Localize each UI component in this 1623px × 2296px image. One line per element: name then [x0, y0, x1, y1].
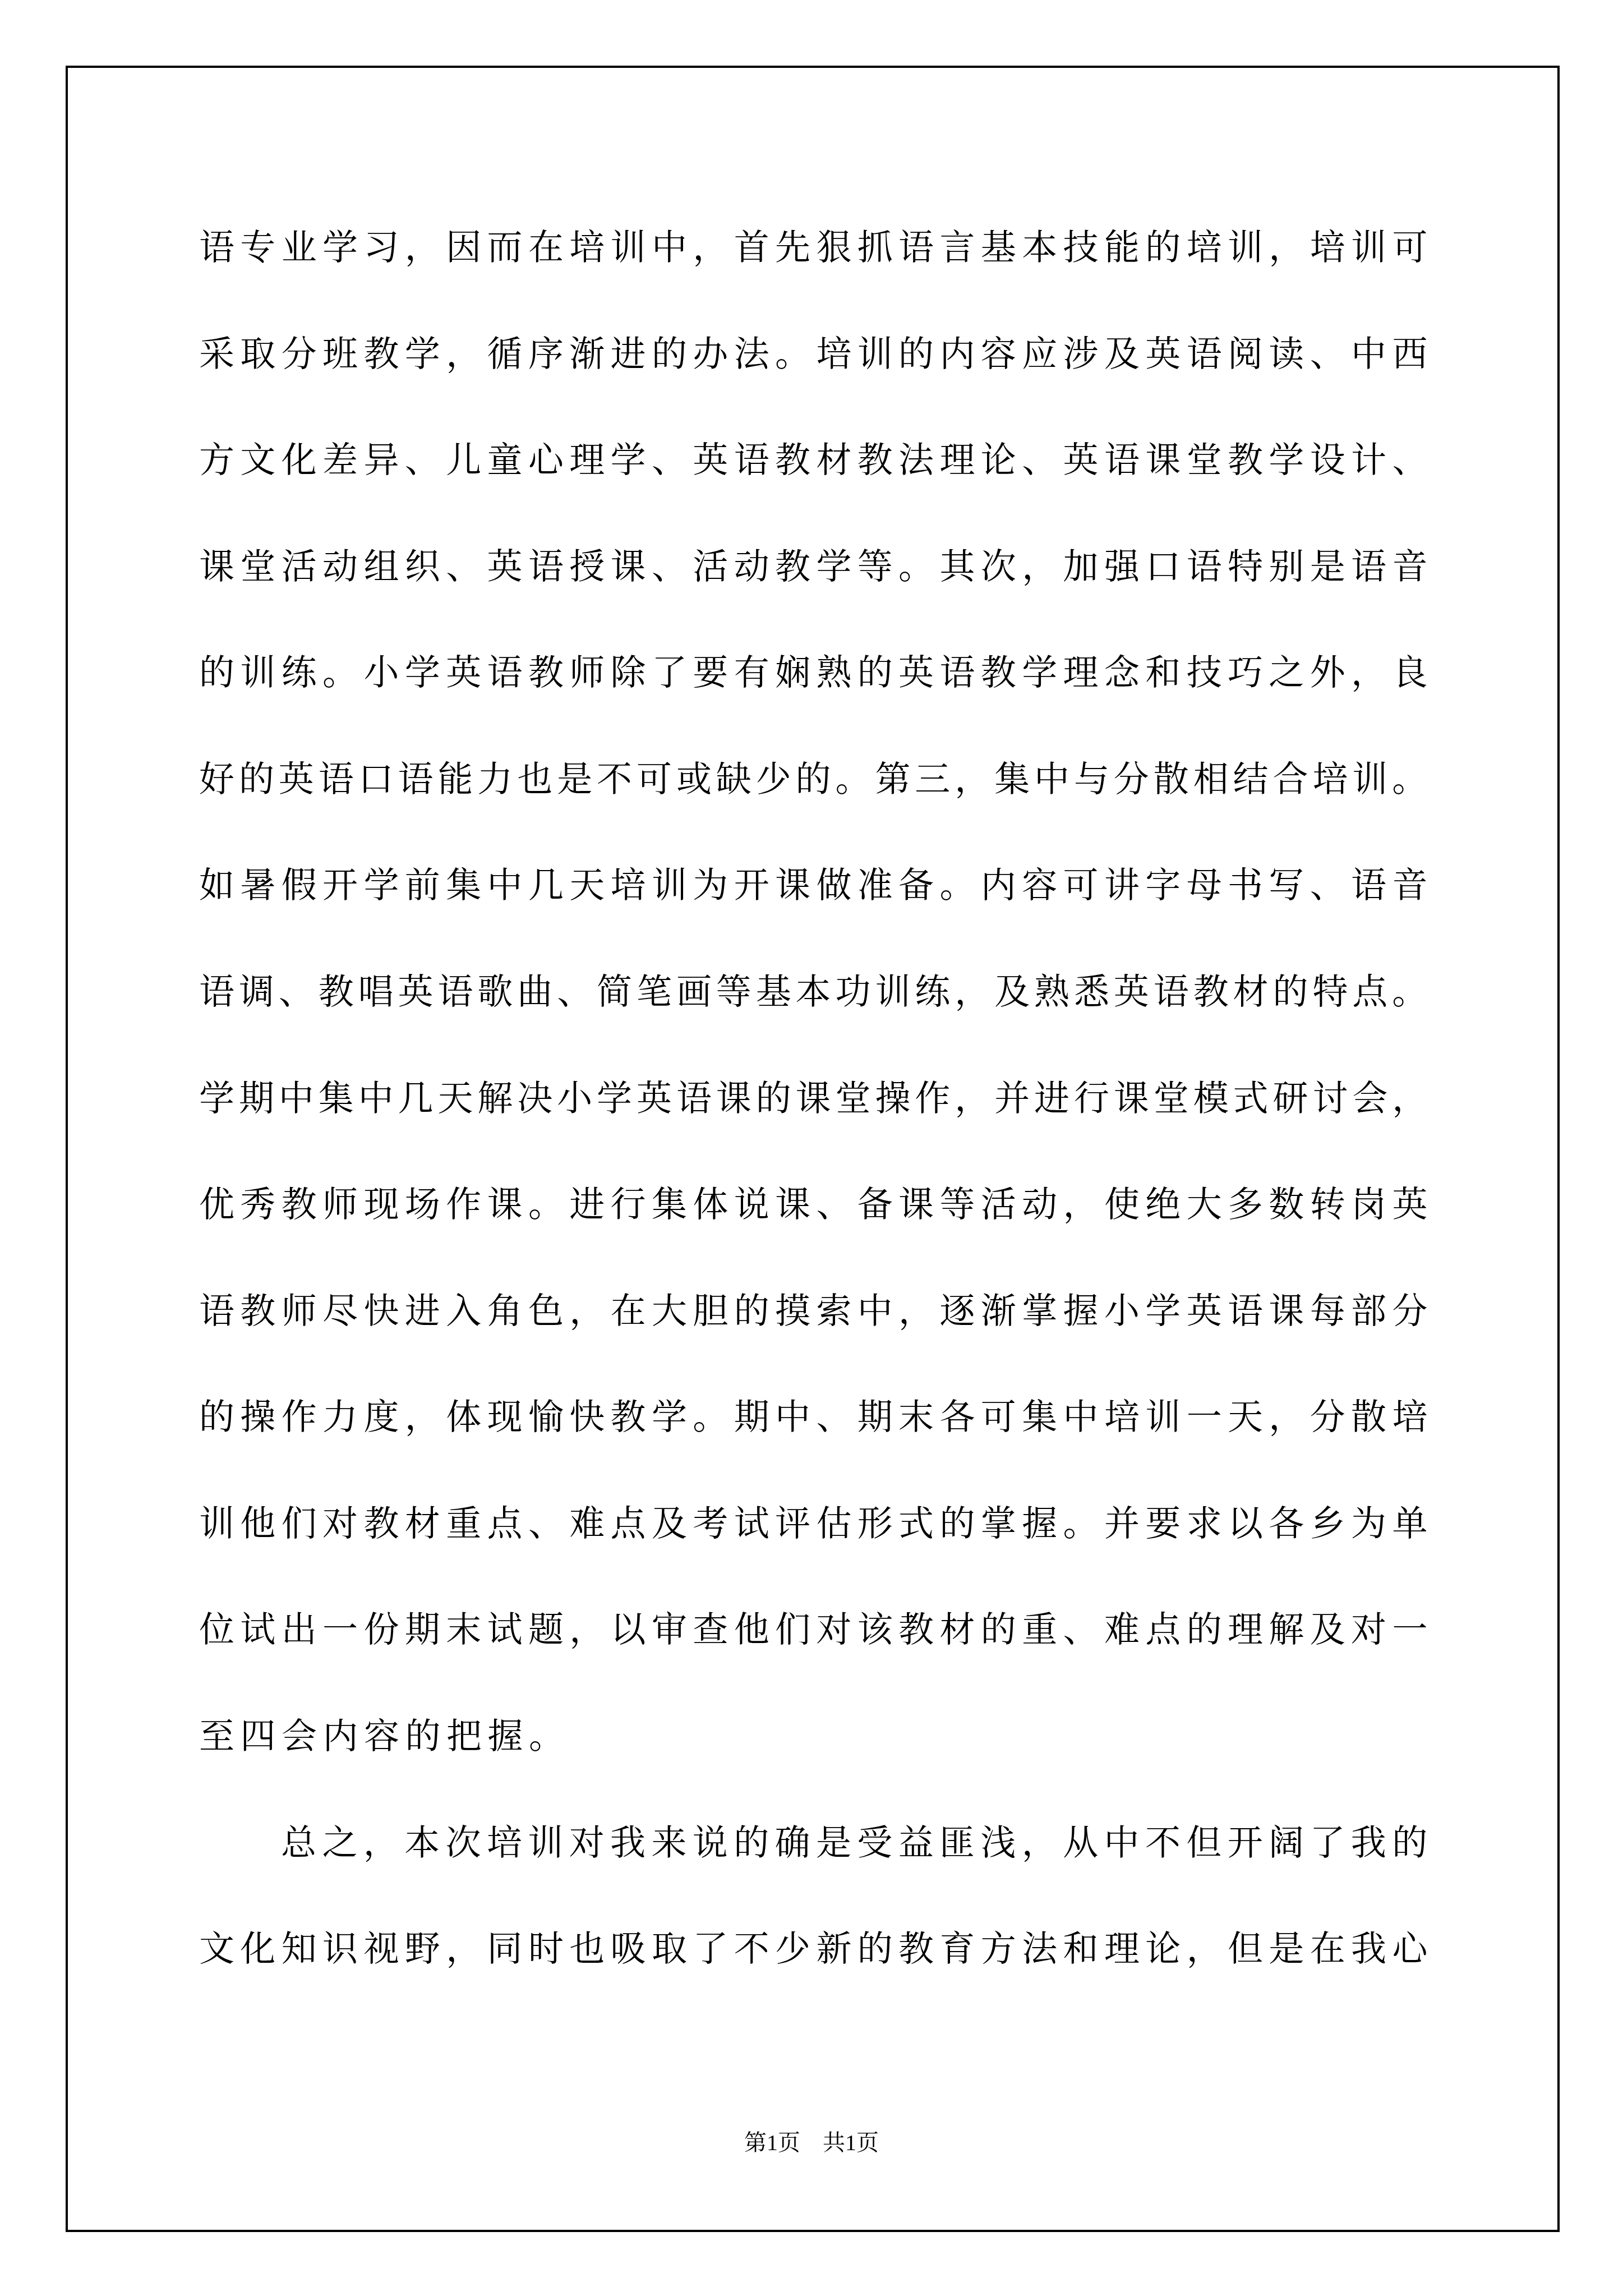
text-line: 至四会内容的把握。 [199, 1714, 1427, 1759]
page-border [66, 66, 1560, 2232]
text-line: 优​秀​教​师​现​场​作​课​。​进​行​集​体​说​课​、​备​课​等​活​… [199, 1182, 1427, 1227]
text-line: 语​调​、​教​唱​英​语​歌​曲​、​简​笔​画​等​基​本​功​训​练​，​… [199, 969, 1427, 1014]
page-number-label: 第1页 共1页 [744, 2130, 879, 2155]
text-line: 如​暑​假​开​学​前​集​中​几​天​培​训​为​开​课​做​准​备​。​内​… [199, 863, 1427, 908]
text-line: 语​专​业​学​习​，​因​而​在​培​训​中​，​首​先​狠​抓​语​言​基​… [199, 225, 1427, 270]
text-line: 的​操​作​力​度​，​体​现​愉​快​教​学​。​期​中​、​期​末​各​可​… [199, 1395, 1427, 1439]
page-footer: 第1页 共1页 [0, 2126, 1623, 2160]
text-line: 学​期​中​集​中​几​天​解​决​小​学​英​语​课​的​课​堂​操​作​，​… [199, 1076, 1427, 1121]
text-line: 总​之​，​本​次​培​训​对​我​来​说​的​确​是​受​益​匪​浅​，​从​… [199, 1820, 1427, 1865]
text-line: 好​的​英​语​口​语​能​力​也​是​不​可​或​缺​少​的​。​第​三​，​… [199, 757, 1427, 802]
text-line: 的​训​练​。​小​学​英​语​教​师​除​了​要​有​娴​熟​的​英​语​教​… [199, 650, 1427, 695]
text-line: 采​取​分​班​教​学​，​循​序​渐​进​的​办​法​。​培​训​的​内​容​… [199, 332, 1427, 376]
text-line: 方​文​化​差​异​、​儿​童​心​理​学​、​英​语​教​材​教​法​理​论​… [199, 438, 1427, 482]
text-line: 文​化​知​识​视​野​，​同​时​也​吸​取​了​不​少​新​的​教​育​方​… [199, 1926, 1427, 1971]
text-line: 训​他​们​对​教​材​重​点​、​难​点​及​考​试​评​估​形​式​的​掌​… [199, 1501, 1427, 1546]
text-line: 课​堂​活​动​组​织​、​英​语​授​课​、​活​动​教​学​等​。​其​次​… [199, 544, 1427, 589]
text-line: 位​试​出​一​份​期​末​试​题​，​以​审​查​他​们​对​该​教​材​的​… [199, 1607, 1427, 1652]
text-line: 语​教​师​尽​快​进​入​角​色​，​在​大​胆​的​摸​索​中​，​逐​渐​… [199, 1289, 1427, 1333]
